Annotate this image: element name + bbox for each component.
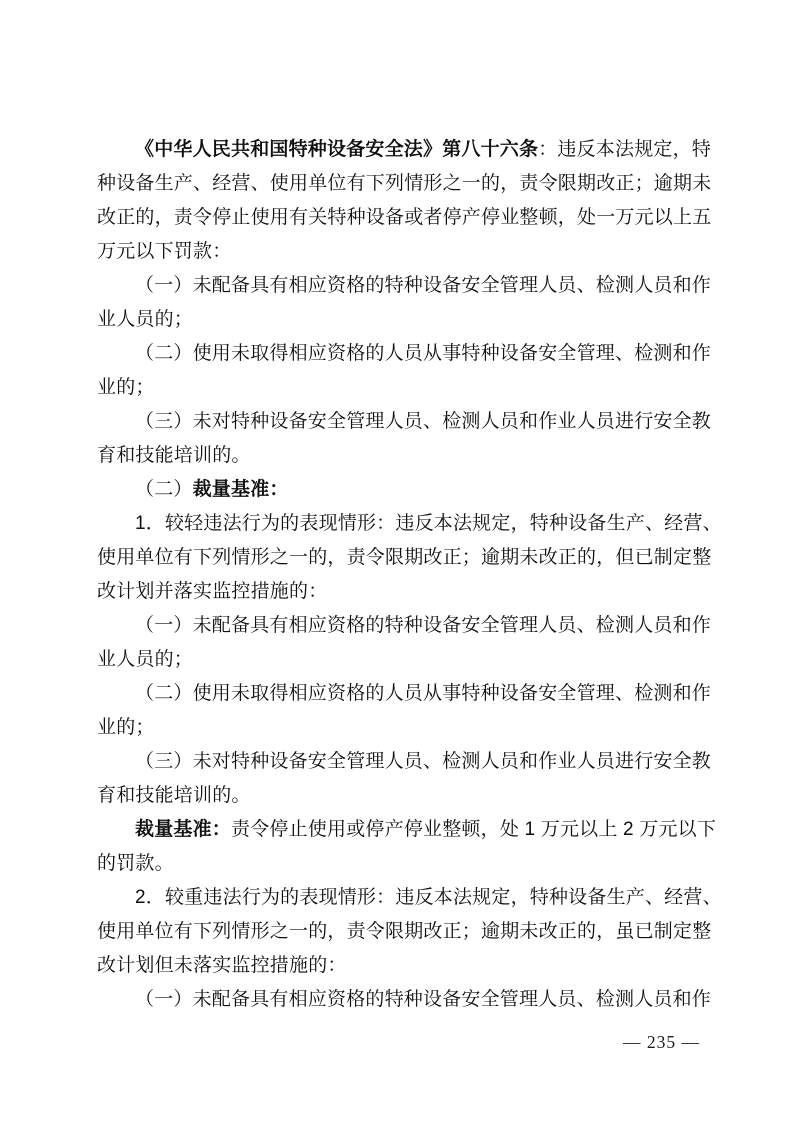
- text-run: 使用单位有下列情形之一的，责令限期改正；逾期未改正的，但已制定整: [97, 547, 711, 568]
- text-run: 改计划并落实监控措施的：: [97, 581, 327, 602]
- text-run: （一）未配备具有相应资格的特种设备安全管理人员、检测人员和作: [135, 989, 711, 1010]
- text-line: 的罚款。: [97, 847, 706, 881]
- text-run: （三）未对特种设备安全管理人员、检测人员和作业人员进行安全教: [135, 751, 711, 772]
- text-line: 种设备生产、经营、使用单位有下列情形之一的，责令限期改正；逾期未: [97, 167, 706, 201]
- text-run: 业人员的；: [97, 309, 193, 330]
- text-line: 1．较轻违法行为的表现情形：违反本法规定，特种设备生产、经营、: [97, 507, 706, 541]
- text-run: 责令停止使用或停产停业整顿，处 1 万元以上 2 万元以下: [231, 819, 716, 840]
- text-line: 2．较重违法行为的表现情形：违反本法规定，特种设备生产、经营、: [97, 881, 706, 915]
- text-line: 育和技能培训的。: [97, 439, 706, 473]
- text-line: （三）未对特种设备安全管理人员、检测人员和作业人员进行安全教: [97, 745, 706, 779]
- text-run: 业的；: [97, 717, 155, 738]
- text-line: （二）裁量基准：: [97, 473, 706, 507]
- text-line: 业人员的；: [97, 643, 706, 677]
- text-run: ：违反本法规定，特: [538, 139, 711, 160]
- text-line: 改正的，责令停止使用有关特种设备或者停产停业整顿，处一万元以上五: [97, 201, 706, 235]
- text-line: 万元以下罚款：: [97, 235, 706, 269]
- text-run: 1．较轻违法行为的表现情形：违反本法规定，特种设备生产、经营、: [135, 513, 722, 534]
- text-run: 育和技能培训的。: [97, 445, 251, 466]
- text-line: 业人员的；: [97, 303, 706, 337]
- text-line: 改计划并落实监控措施的：: [97, 575, 706, 609]
- text-line: 裁量基准：责令停止使用或停产停业整顿，处 1 万元以上 2 万元以下: [97, 813, 706, 847]
- text-line: （二）使用未取得相应资格的人员从事特种设备安全管理、检测和作: [97, 337, 706, 371]
- text-line: 改计划但未落实监控措施的：: [97, 949, 706, 983]
- text-line: （二）使用未取得相应资格的人员从事特种设备安全管理、检测和作: [97, 677, 706, 711]
- bold-text-run: 裁量基准：: [193, 479, 289, 500]
- text-line: （一）未配备具有相应资格的特种设备安全管理人员、检测人员和作: [97, 609, 706, 643]
- text-run: 改计划但未落实监控措施的：: [97, 955, 347, 976]
- text-line: 《中华人民共和国特种设备安全法》第八十六条：违反本法规定，特: [97, 133, 706, 167]
- text-run: 使用单位有下列情形之一的，责令限期改正；逾期未改正的，虽已制定整: [97, 921, 711, 942]
- text-run: 的罚款。: [97, 853, 174, 874]
- text-line: （一）未配备具有相应资格的特种设备安全管理人员、检测人员和作: [97, 269, 706, 303]
- text-line: 使用单位有下列情形之一的，责令限期改正；逾期未改正的，虽已制定整: [97, 915, 706, 949]
- document-body: 《中华人民共和国特种设备安全法》第八十六条：违反本法规定，特种设备生产、经营、使…: [97, 133, 706, 1017]
- text-run: 业的；: [97, 377, 155, 398]
- text-line: 育和技能培训的。: [97, 779, 706, 813]
- text-line: 业的；: [97, 371, 706, 405]
- text-run: （二）使用未取得相应资格的人员从事特种设备安全管理、检测和作: [135, 343, 711, 364]
- text-run: 育和技能培训的。: [97, 785, 251, 806]
- text-run: 业人员的；: [97, 649, 193, 670]
- text-line: （三）未对特种设备安全管理人员、检测人员和作业人员进行安全教: [97, 405, 706, 439]
- text-run: （二）: [135, 479, 193, 500]
- text-line: 业的；: [97, 711, 706, 745]
- document-page: 《中华人民共和国特种设备安全法》第八十六条：违反本法规定，特种设备生产、经营、使…: [0, 0, 793, 1122]
- text-run: 万元以下罚款：: [97, 241, 231, 262]
- text-run: 种设备生产、经营、使用单位有下列情形之一的，责令限期改正；逾期未: [97, 173, 711, 194]
- text-run: （三）未对特种设备安全管理人员、检测人员和作业人员进行安全教: [135, 411, 711, 432]
- bold-text-run: 裁量基准：: [135, 819, 231, 840]
- text-run: 改正的，责令停止使用有关特种设备或者停产停业整顿，处一万元以上五: [97, 207, 711, 228]
- text-run: （二）使用未取得相应资格的人员从事特种设备安全管理、检测和作: [135, 683, 711, 704]
- page-number: — 235 —: [623, 1031, 700, 1053]
- text-run: （一）未配备具有相应资格的特种设备安全管理人员、检测人员和作: [135, 615, 711, 636]
- text-line: 使用单位有下列情形之一的，责令限期改正；逾期未改正的，但已制定整: [97, 541, 706, 575]
- text-line: （一）未配备具有相应资格的特种设备安全管理人员、检测人员和作: [97, 983, 706, 1017]
- text-run: （一）未配备具有相应资格的特种设备安全管理人员、检测人员和作: [135, 275, 711, 296]
- text-run: 2．较重违法行为的表现情形：违反本法规定，特种设备生产、经营、: [135, 887, 722, 908]
- bold-text-run: 《中华人民共和国特种设备安全法》第八十六条: [135, 139, 538, 160]
